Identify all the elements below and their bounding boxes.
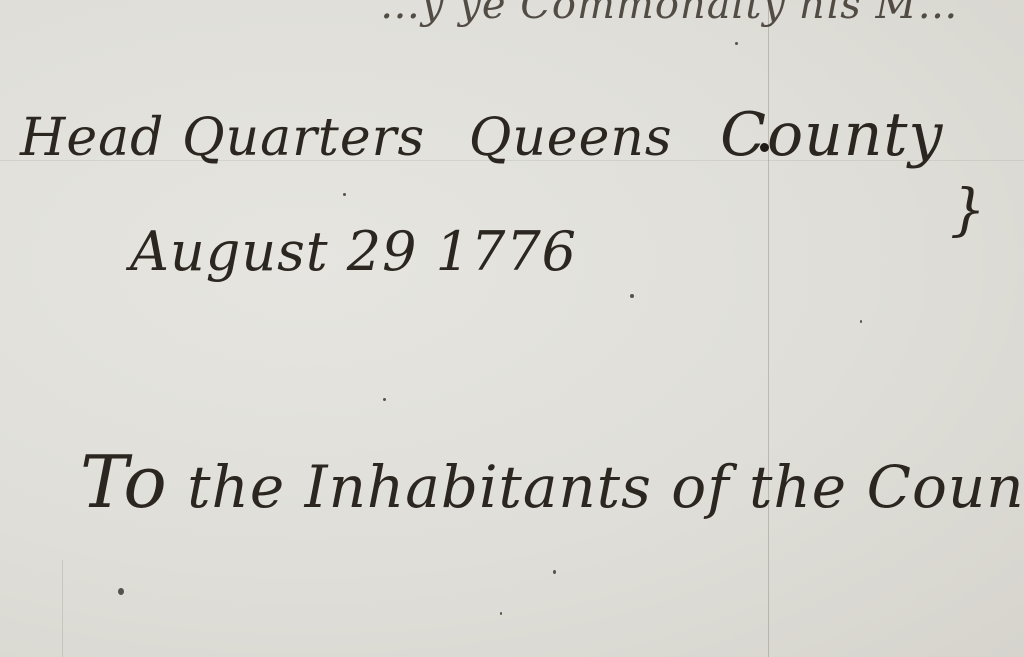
ink-speck	[343, 193, 346, 196]
date-day: 29	[347, 220, 418, 283]
letter-date: August 29 1776	[130, 220, 577, 283]
address-of: of	[671, 453, 729, 521]
ink-speck	[118, 588, 124, 595]
ink-speck	[630, 294, 634, 298]
heading-head: Head	[20, 108, 164, 168]
date-month: August	[130, 220, 329, 283]
date-year: 1776	[436, 220, 577, 283]
address-the2: the	[749, 453, 847, 521]
ink-speck	[383, 398, 386, 401]
heading-place: Queens	[469, 108, 673, 168]
heading-quarters: Quarters	[182, 108, 425, 168]
address-county: County	[867, 453, 1024, 521]
letter-heading: Head Quarters Queens County	[20, 100, 943, 170]
heading-county: County	[720, 100, 943, 170]
flourish-brace: }	[950, 178, 986, 243]
partial-text-line: …y ye Commonalty his M…	[380, 0, 958, 28]
ink-speck	[500, 612, 502, 615]
address-the: the	[187, 453, 285, 521]
address-to: To	[80, 440, 168, 524]
ink-speck	[553, 570, 556, 574]
ink-speck	[735, 42, 738, 45]
address-inhabitants: Inhabitants	[305, 453, 652, 521]
paper-fold-line	[62, 560, 63, 657]
paper-fold-line	[768, 0, 769, 657]
document-photo: …y ye Commonalty his M… Head Quarters Qu…	[0, 0, 1024, 657]
letter-address: To the Inhabitants of the County	[80, 440, 1024, 524]
ink-speck	[860, 320, 862, 323]
